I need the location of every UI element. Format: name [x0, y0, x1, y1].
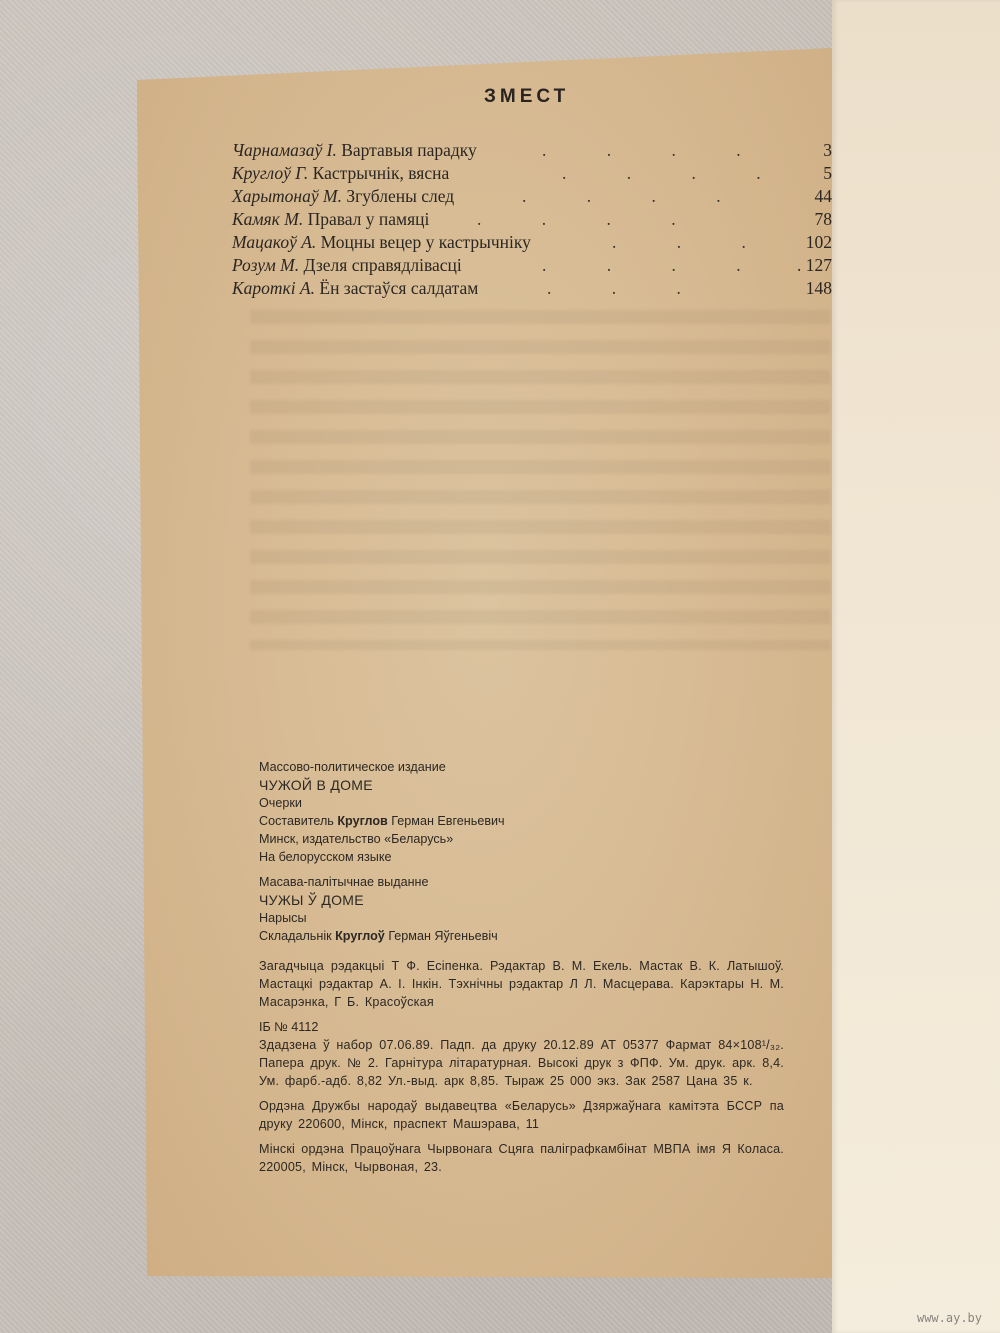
ib-number: ІБ № 4112	[259, 1018, 819, 1036]
toc-entry: Камяк М. Правал у памяці . . . . 78	[232, 209, 832, 232]
toc-leader-dots: . . . . . . .	[542, 255, 762, 276]
toc-entry: Кароткі А. Ён застаўся салдатам . . . 14…	[232, 278, 832, 301]
toc-author: Круглоў Г.	[232, 163, 308, 183]
show-through-text	[250, 310, 830, 650]
watermark: www.ay.by	[917, 1311, 982, 1325]
book-title-be: ЧУЖЫ Ў ДОМЕ	[259, 891, 819, 909]
toc-entry-title: Ён застаўся салдатам	[319, 278, 478, 298]
language-ru: На белорусском языке	[259, 848, 819, 866]
genre-be: Нарысы	[259, 909, 819, 927]
genre-ru: Очерки	[259, 794, 819, 812]
table-of-contents: Чарнамазаў І. Вартавыя парадку . . . . .…	[232, 140, 832, 301]
toc-page-number: 102	[806, 232, 832, 253]
toc-entry-title: Правал у памяці	[308, 209, 430, 229]
compiler-surname: Круглов	[337, 814, 387, 828]
toc-page-number: 3	[823, 140, 832, 161]
toc-page-number: 148	[806, 278, 832, 299]
toc-page-number: 5	[823, 163, 832, 184]
compiler-name: Герман Яўгеньевіч	[388, 929, 497, 943]
toc-entry-title: Згублены след	[346, 186, 454, 206]
toc-author: Харытонаў М.	[232, 186, 342, 206]
publisher-ru: Минск, издательство «Беларусь»	[259, 830, 819, 848]
toc-entry: Харытонаў М. Згублены след . . . . . 44	[232, 186, 832, 209]
toc-page-number: 78	[815, 209, 833, 230]
toc-leader-dots: . . . . . . . .	[542, 140, 762, 161]
book-title-ru: ЧУЖОЙ В ДОМЕ	[259, 776, 819, 794]
printer-info: Мінскі ордэна Працоўнага Чырвонага Сцяга…	[259, 1140, 784, 1176]
toc-leader-dots: . . . . . .	[562, 163, 762, 184]
toc-author: Мацакоў А.	[232, 232, 316, 252]
toc-entry: Чарнамазаў І. Вартавыя парадку . . . . .…	[232, 140, 832, 163]
compiler-surname: Круглоў	[335, 929, 385, 943]
editorial-staff: Загадчыца рэдакцыі Т Ф. Есіпенка. Рэдакт…	[259, 957, 784, 1011]
toc-page-number: 44	[815, 186, 833, 207]
compiler-name: Герман Евгеньевич	[391, 814, 504, 828]
compiler-label: Составитель	[259, 814, 334, 828]
print-details: Здадзена ў набор 07.06.89. Падп. да друк…	[259, 1036, 784, 1090]
toc-page-number: . 127	[797, 255, 832, 276]
toc-author: Чарнамазаў І.	[232, 140, 337, 160]
compiler-label: Складальнік	[259, 929, 332, 943]
imprint-block: Массово-политическое издание ЧУЖОЙ В ДОМ…	[259, 758, 819, 1176]
toc-entry-title: Вартавыя парадку	[341, 140, 477, 160]
edition-type-ru: Массово-политическое издание	[259, 758, 819, 776]
toc-entry: Круглоў Г. Кастрычнік, вясна . . . . . .…	[232, 163, 832, 186]
compiler-ru: Составитель Круглов Герман Евгеньевич	[259, 812, 819, 830]
toc-entry: Мацакоў А. Моцны вецер у кастрычніку . .…	[232, 232, 832, 255]
toc-leader-dots: . . . . .	[522, 186, 762, 207]
toc-leader-dots: . . . .	[612, 232, 762, 253]
toc-author: Кароткі А.	[232, 278, 315, 298]
toc-leader-dots: . . .	[547, 278, 762, 299]
toc-author: Камяк М.	[232, 209, 303, 229]
toc-entry: Розум М. Дзеля справядлівасці . . . . . …	[232, 255, 832, 278]
toc-title: ЗМЕСТ	[484, 86, 569, 108]
publisher-full: Ордэна Дружбы народаў выдавецтва «Белару…	[259, 1097, 784, 1133]
toc-entry-title: Кастрычнік, вясна	[313, 163, 450, 183]
edition-type-be: Масава-палітычнае выданне	[259, 873, 819, 891]
toc-leader-dots: . . . .	[477, 209, 762, 230]
backing-paper	[832, 0, 1000, 1333]
toc-entry-title: Дзеля справядлівасці	[304, 255, 462, 275]
toc-author: Розум М.	[232, 255, 299, 275]
compiler-be: Складальнік Круглоў Герман Яўгеньевіч	[259, 927, 819, 945]
toc-entry-title: Моцны вецер у кастрычніку	[321, 232, 531, 252]
